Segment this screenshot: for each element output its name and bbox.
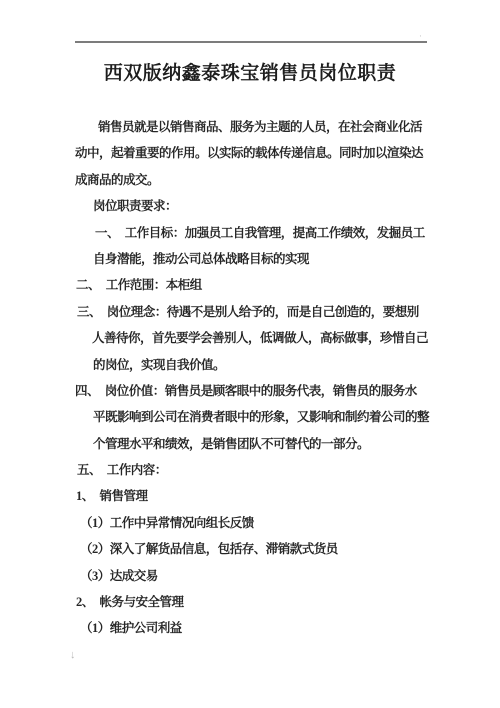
text-line: 个管理水平和绩效，是销售团队不可替代的一部分。 (93, 431, 428, 457)
text-line: 四、 岗位价值：销售员是顾客眼中的服务代表，销售员的服务水 (75, 378, 428, 404)
text-line: （1）工作中异常情况向组长反馈 (80, 510, 428, 536)
text-line: 平既影响到公司在消费者眼中的形象，又影响和制约着公司的整 (93, 404, 428, 430)
text-line: （3）达成交易 (80, 563, 428, 589)
text-line: 岗位职责要求： (93, 193, 428, 219)
rule-end-artifact-icon: · (419, 31, 422, 41)
text-line: 一、 工作目标：加强员工自我管理，提高工作绩效，发掘员工 (95, 220, 428, 246)
text-line: 销售员就是以销售商品、服务为主题的人员，在社会商业化活 (98, 114, 428, 140)
title-underline-rule (75, 41, 427, 43)
text-line: 五、 工作内容： (77, 457, 428, 483)
text-line: 的岗位，实现自我价值。 (93, 352, 428, 378)
page-title: 西双版纳鑫泰珠宝销售员岗位职责 (0, 58, 500, 85)
text-line: 动中，起着重要的作用。以实际的载体传递信息。同时加以渲染达 (75, 140, 428, 166)
text-line: 1、 销售管理 (76, 483, 428, 509)
text-line: （2）深入了解货品信息，包括存、滞销款式货员 (80, 536, 428, 562)
end-of-document-paragraph-mark-icon: ↓ (70, 649, 76, 661)
text-line: 人善待你，首先要学会善别人，低调做人，高标做事，珍惜自己 (92, 325, 428, 351)
text-line: （1）维护公司利益 (80, 615, 428, 641)
document-body: 销售员就是以销售商品、服务为主题的人员，在社会商业化活 动中，起着重要的作用。以… (75, 114, 428, 642)
document-page: · 西双版纳鑫泰珠宝销售员岗位职责 销售员就是以销售商品、服务为主题的人员，在社… (0, 0, 500, 708)
text-line: 二、 工作范围：本柜组 (76, 272, 428, 298)
text-line: 成商品的成交。 (75, 167, 428, 193)
text-line: 三、 岗位理念：待遇不是别人给予的，而是自己创造的，要想别 (77, 299, 428, 325)
text-line: 自身潜能，推动公司总体战略目标的实现 (93, 246, 428, 272)
text-line: 2、 帐务与安全管理 (76, 589, 428, 615)
